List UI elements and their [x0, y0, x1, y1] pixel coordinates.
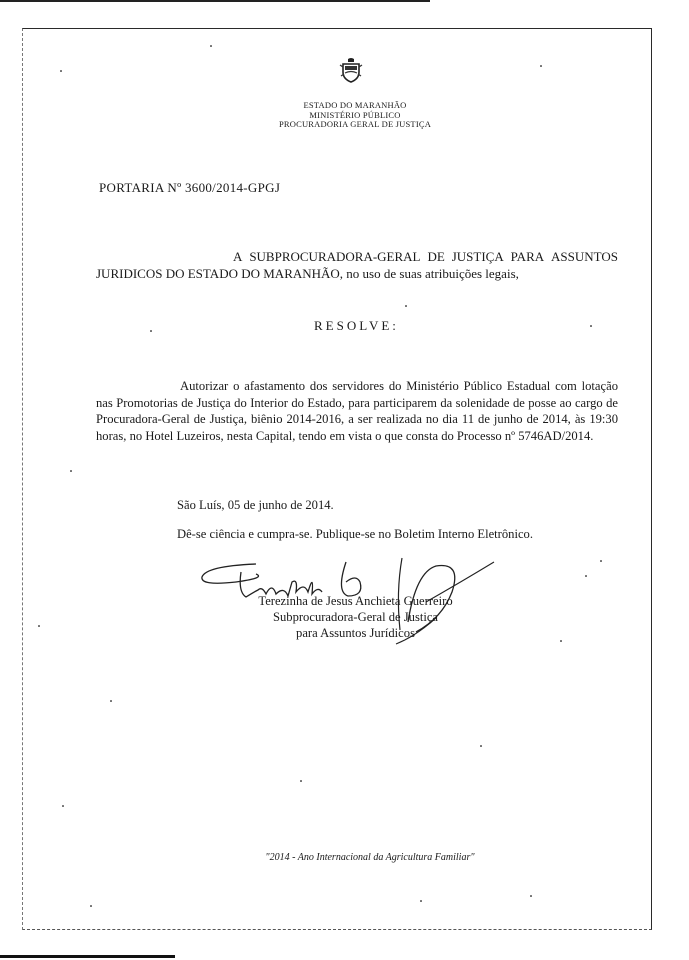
date-line: São Luís, 05 de junho de 2014.	[177, 498, 334, 513]
page-frame	[22, 28, 652, 930]
preamble-word: A	[233, 248, 242, 265]
signer-block: Terezinha de Jesus Anchieta Guerreiro Su…	[218, 593, 493, 641]
scan-edge-top	[0, 0, 430, 2]
scan-edge-bottom	[0, 955, 175, 958]
preamble-word: SUBPROCURADORA-GERAL	[249, 248, 420, 265]
resolution-body: Autorizar o afastamento dos servidores d…	[96, 378, 618, 444]
footer-motto: "2014 - Ano Internacional da Agricultura…	[230, 852, 510, 863]
preamble-line-2: JURIDICOS DO ESTADO DO MARANHÃO, no uso …	[96, 265, 618, 282]
signer-name: Terezinha de Jesus Anchieta Guerreiro	[218, 593, 493, 609]
signer-title: Subprocuradora-Geral de Justiça	[218, 609, 493, 625]
resolve-heading: RESOLVE:	[314, 318, 399, 334]
institution-header: ESTADO DO MARANHÃO MINISTÉRIO PÚBLICO PR…	[240, 101, 470, 130]
signer-subtitle: para Assuntos Jurídicos	[218, 625, 493, 641]
preamble-word: PARA	[511, 248, 544, 265]
preamble-word: DE	[427, 248, 444, 265]
preamble-line-1: A SUBPROCURADORA-GERAL DE JUSTIÇA PARA A…	[96, 248, 618, 265]
preamble: A SUBPROCURADORA-GERAL DE JUSTIÇA PARA A…	[96, 248, 618, 282]
header-line-procuradoria: PROCURADORIA GERAL DE JUSTIÇA	[240, 120, 470, 130]
coat-of-arms-icon	[339, 57, 363, 83]
portaria-number: PORTARIA Nº 3600/2014-GPGJ	[99, 180, 280, 196]
publish-instruction: Dê-se ciência e cumpra-se. Publique-se n…	[177, 527, 533, 542]
preamble-word: ASSUNTOS	[551, 248, 618, 265]
preamble-word: JUSTIÇA	[452, 248, 504, 265]
